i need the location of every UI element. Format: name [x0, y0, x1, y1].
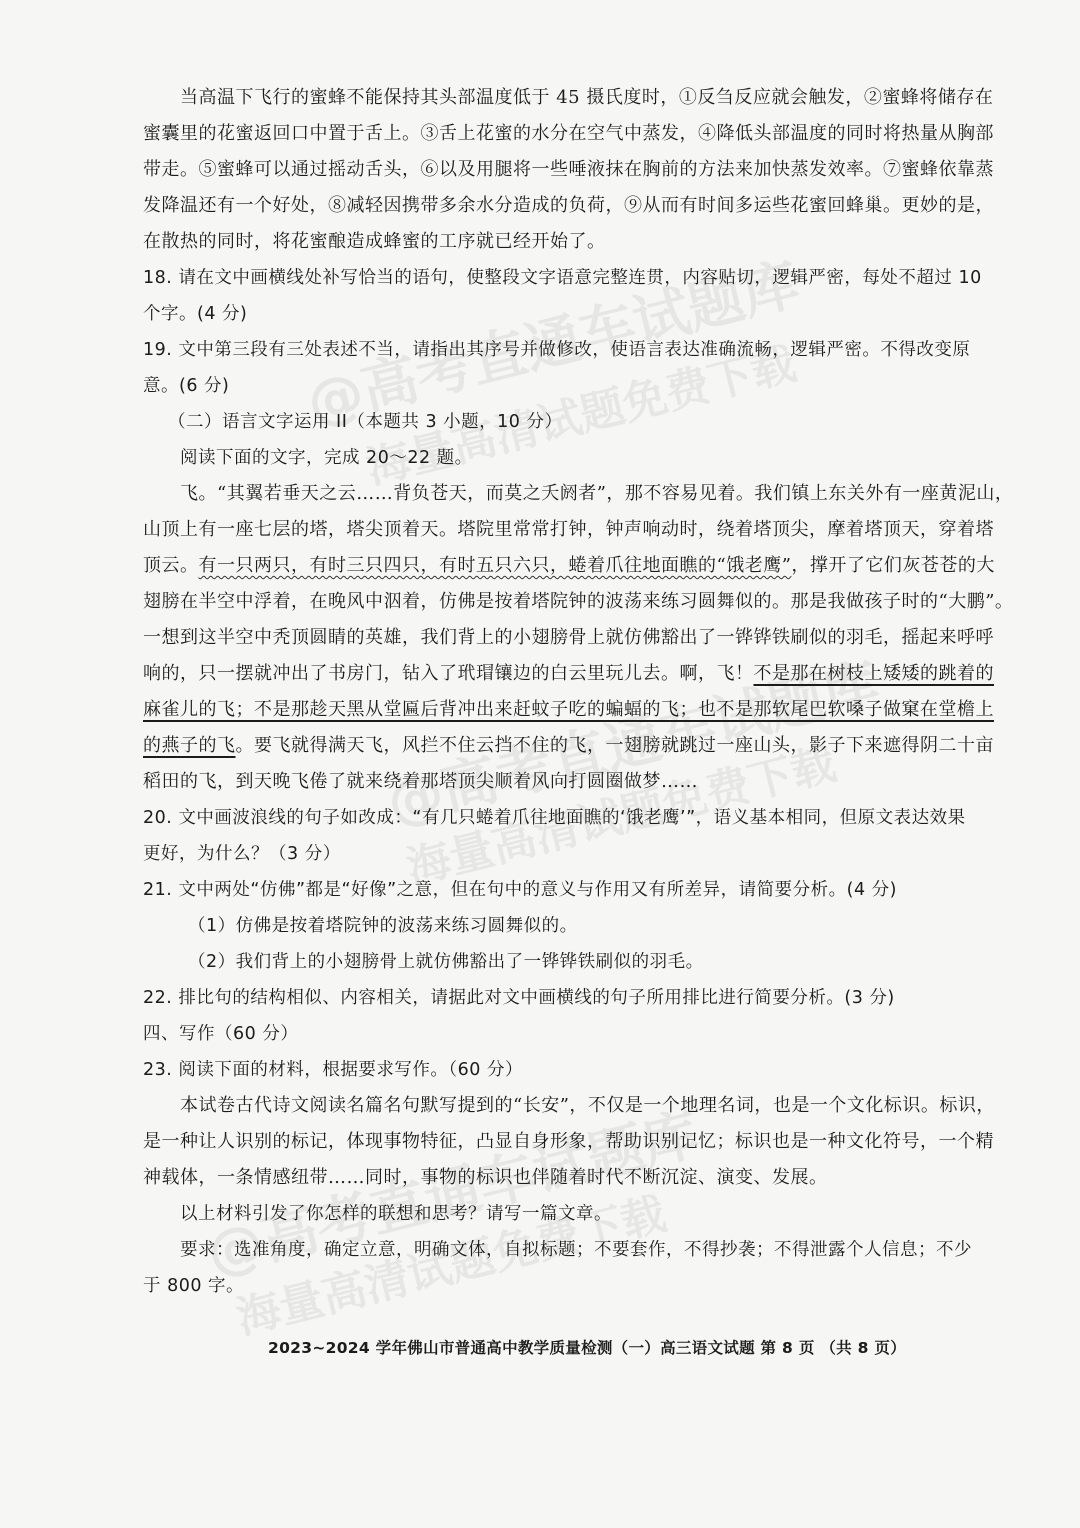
writing-requirements-cont: 于 800 字。 — [143, 1274, 988, 1298]
underlined-parallelism: 麻雀儿的飞；不是那趁天黑从堂匾后背冲出来赶蚊子吃的蝙蝠的飞；也不是那软尾巴软嗓子… — [143, 699, 994, 720]
question-19: 19. 文中第三段有三处表述不当，请指出其序号并做修改，使语言表达准确流畅，逻辑… — [143, 338, 988, 362]
question-20: 20. 文中画波浪线的句子如改成：“有几只蜷着爪往地面瞧的‘饿老鹰’”，语义基本… — [143, 806, 988, 830]
passage-line: 稻田的飞，到天晚飞倦了就来绕着那塔顶尖顺着风向打圆圈做梦…… — [143, 770, 988, 794]
text: 响的，只一摆就冲出了书房门，钻入了玳瑁镶边的白云里玩儿去。啊，飞！ — [143, 663, 754, 684]
passage-line: 蜜囊里的花蜜返回口中置于舌上。③舌上花蜜的水分在空气中蒸发，④降低头部温度的同时… — [143, 122, 988, 146]
underlined-parallelism: 的燕子的飞 — [143, 735, 236, 756]
passage-line: 翅膀在半空中浮着，在晚风中泅着，仿佛是按着塔院钟的波荡来练习圆舞似的。那是我做孩… — [143, 590, 988, 614]
text: 顶云。 — [143, 555, 199, 576]
section-heading-writing: 四、写作（60 分） — [143, 1022, 988, 1046]
writing-prompt: 以上材料引发了你怎样的联想和思考？请写一篇文章。 — [180, 1202, 988, 1226]
passage-line: 山顶上有一座七层的塔，塔尖顶着天。塔院里常常打钟，钟声响动时，绕着塔顶尖，摩着塔… — [143, 518, 988, 542]
question-19-cont: 意。(6 分) — [143, 374, 988, 398]
question-21-sub1: （1）仿佛是按着塔院钟的波荡来练习圆舞似的。 — [188, 914, 1033, 938]
passage-line: 顶云。有一只两只，有时三只四只，有时五只六只，蜷着爪往地面瞧的“饿老鹰”，撑开了… — [143, 554, 988, 578]
material-line: 神载体，一条情感纽带……同时，事物的标识也伴随着时代不断沉淀、演变、发展。 — [143, 1166, 988, 1190]
writing-requirements: 要求：选准角度，确定立意，明确文体，自拟标题；不要套作，不得抄袭；不得泄露个人信… — [180, 1238, 988, 1262]
question-21: 21. 文中两处“仿佛”都是“好像”之意，但在句中的意义与作用又有所差异，请简要… — [143, 878, 988, 902]
section-heading: （二）语言文字运用 II（本题共 3 小题，10 分） — [168, 410, 976, 434]
wavy-underlined-sentence: 有一只两只，有时三只四只，有时五只六只，蜷着爪往地面瞧的“饿老鹰” — [199, 555, 792, 576]
passage-line: 的燕子的飞。要飞就得满天飞，风拦不住云挡不住的飞，一翅膀就跳过一座山头，影子下来… — [143, 734, 988, 758]
section-instruction: 阅读下面的文字，完成 20～22 题。 — [180, 446, 988, 470]
passage-line: 飞。“其翼若垂天之云……背负苍天，而莫之夭阏者”，那不容易见着。我们镇上东关外有… — [180, 482, 988, 506]
material-line: 是一种让人识别的标记，体现事物特征，凸显自身形象，帮助识别记忆；标识也是一种文化… — [143, 1130, 988, 1154]
question-18: 18. 请在文中画横线处补写恰当的语句，使整段文字语意完整连贯，内容贴切，逻辑严… — [143, 266, 988, 290]
question-23: 23. 阅读下面的材料，根据要求写作。（60 分） — [143, 1058, 988, 1082]
text: 。要飞就得满天飞，风拦不住云挡不住的飞，一翅膀就跳过一座山头，影子下来遮得阴二十… — [236, 735, 995, 756]
passage-line: 一想到这半空中秃顶圆睛的英雄，我们背上的小翅膀骨上就仿佛豁出了一铧铧铁刷似的羽毛… — [143, 626, 988, 650]
passage-line: 麻雀儿的飞；不是那趁天黑从堂匾后背冲出来赶蚊子吃的蝙蝠的飞；也不是那软尾巴软嗓子… — [143, 698, 988, 722]
passage-line: 当高温下飞行的蜜蜂不能保持其头部温度低于 45 摄氏度时，①反刍反应就会触发，②… — [180, 86, 988, 110]
text: ，撑开了它们灰苍苍的大 — [791, 555, 995, 576]
passage-line: 在散热的同时，将花蜜酿造成蜂蜜的工序就已经开始了。 — [143, 230, 988, 254]
question-22: 22. 排比句的结构相似、内容相关，请据此对文中画横线的句子所用排比进行简要分析… — [143, 986, 988, 1010]
passage-line: 发降温还有一个好处，⑧减轻因携带多余水分造成的负荷，⑨从而有时间多运些花蜜回蜂巢… — [143, 194, 988, 218]
passage-line: 响的，只一摆就冲出了书房门，钻入了玳瑁镶边的白云里玩儿去。啊，飞！不是那在树枝上… — [143, 662, 988, 686]
page-footer: 2023~2024 学年佛山市普通高中教学质量检测（一）高三语文试题 第 8 页… — [268, 1336, 906, 1358]
passage-line: 带走。⑤蜜蜂可以通过摇动舌头，⑥以及用腿将一些唾液抹在胸前的方法来加快蒸发效率。… — [143, 158, 988, 182]
underlined-parallelism: 不是那在树枝上矮矮的跳着的 — [754, 663, 995, 684]
question-21-sub2: （2）我们背上的小翅膀骨上就仿佛豁出了一铧铧铁刷似的羽毛。 — [188, 950, 1033, 974]
exam-page: @高考直通车试题库 海量高清试题免费下载 @高考直通车试题库 海量高清试题免费下… — [0, 0, 1080, 1528]
question-20-cont: 更好，为什么？（3 分） — [143, 842, 988, 866]
material-line: 本试卷古代诗文阅读名篇名句默写提到的“长安”，不仅是一个地理名词，也是一个文化标… — [180, 1094, 988, 1118]
question-18-cont: 个字。(4 分) — [143, 302, 988, 326]
